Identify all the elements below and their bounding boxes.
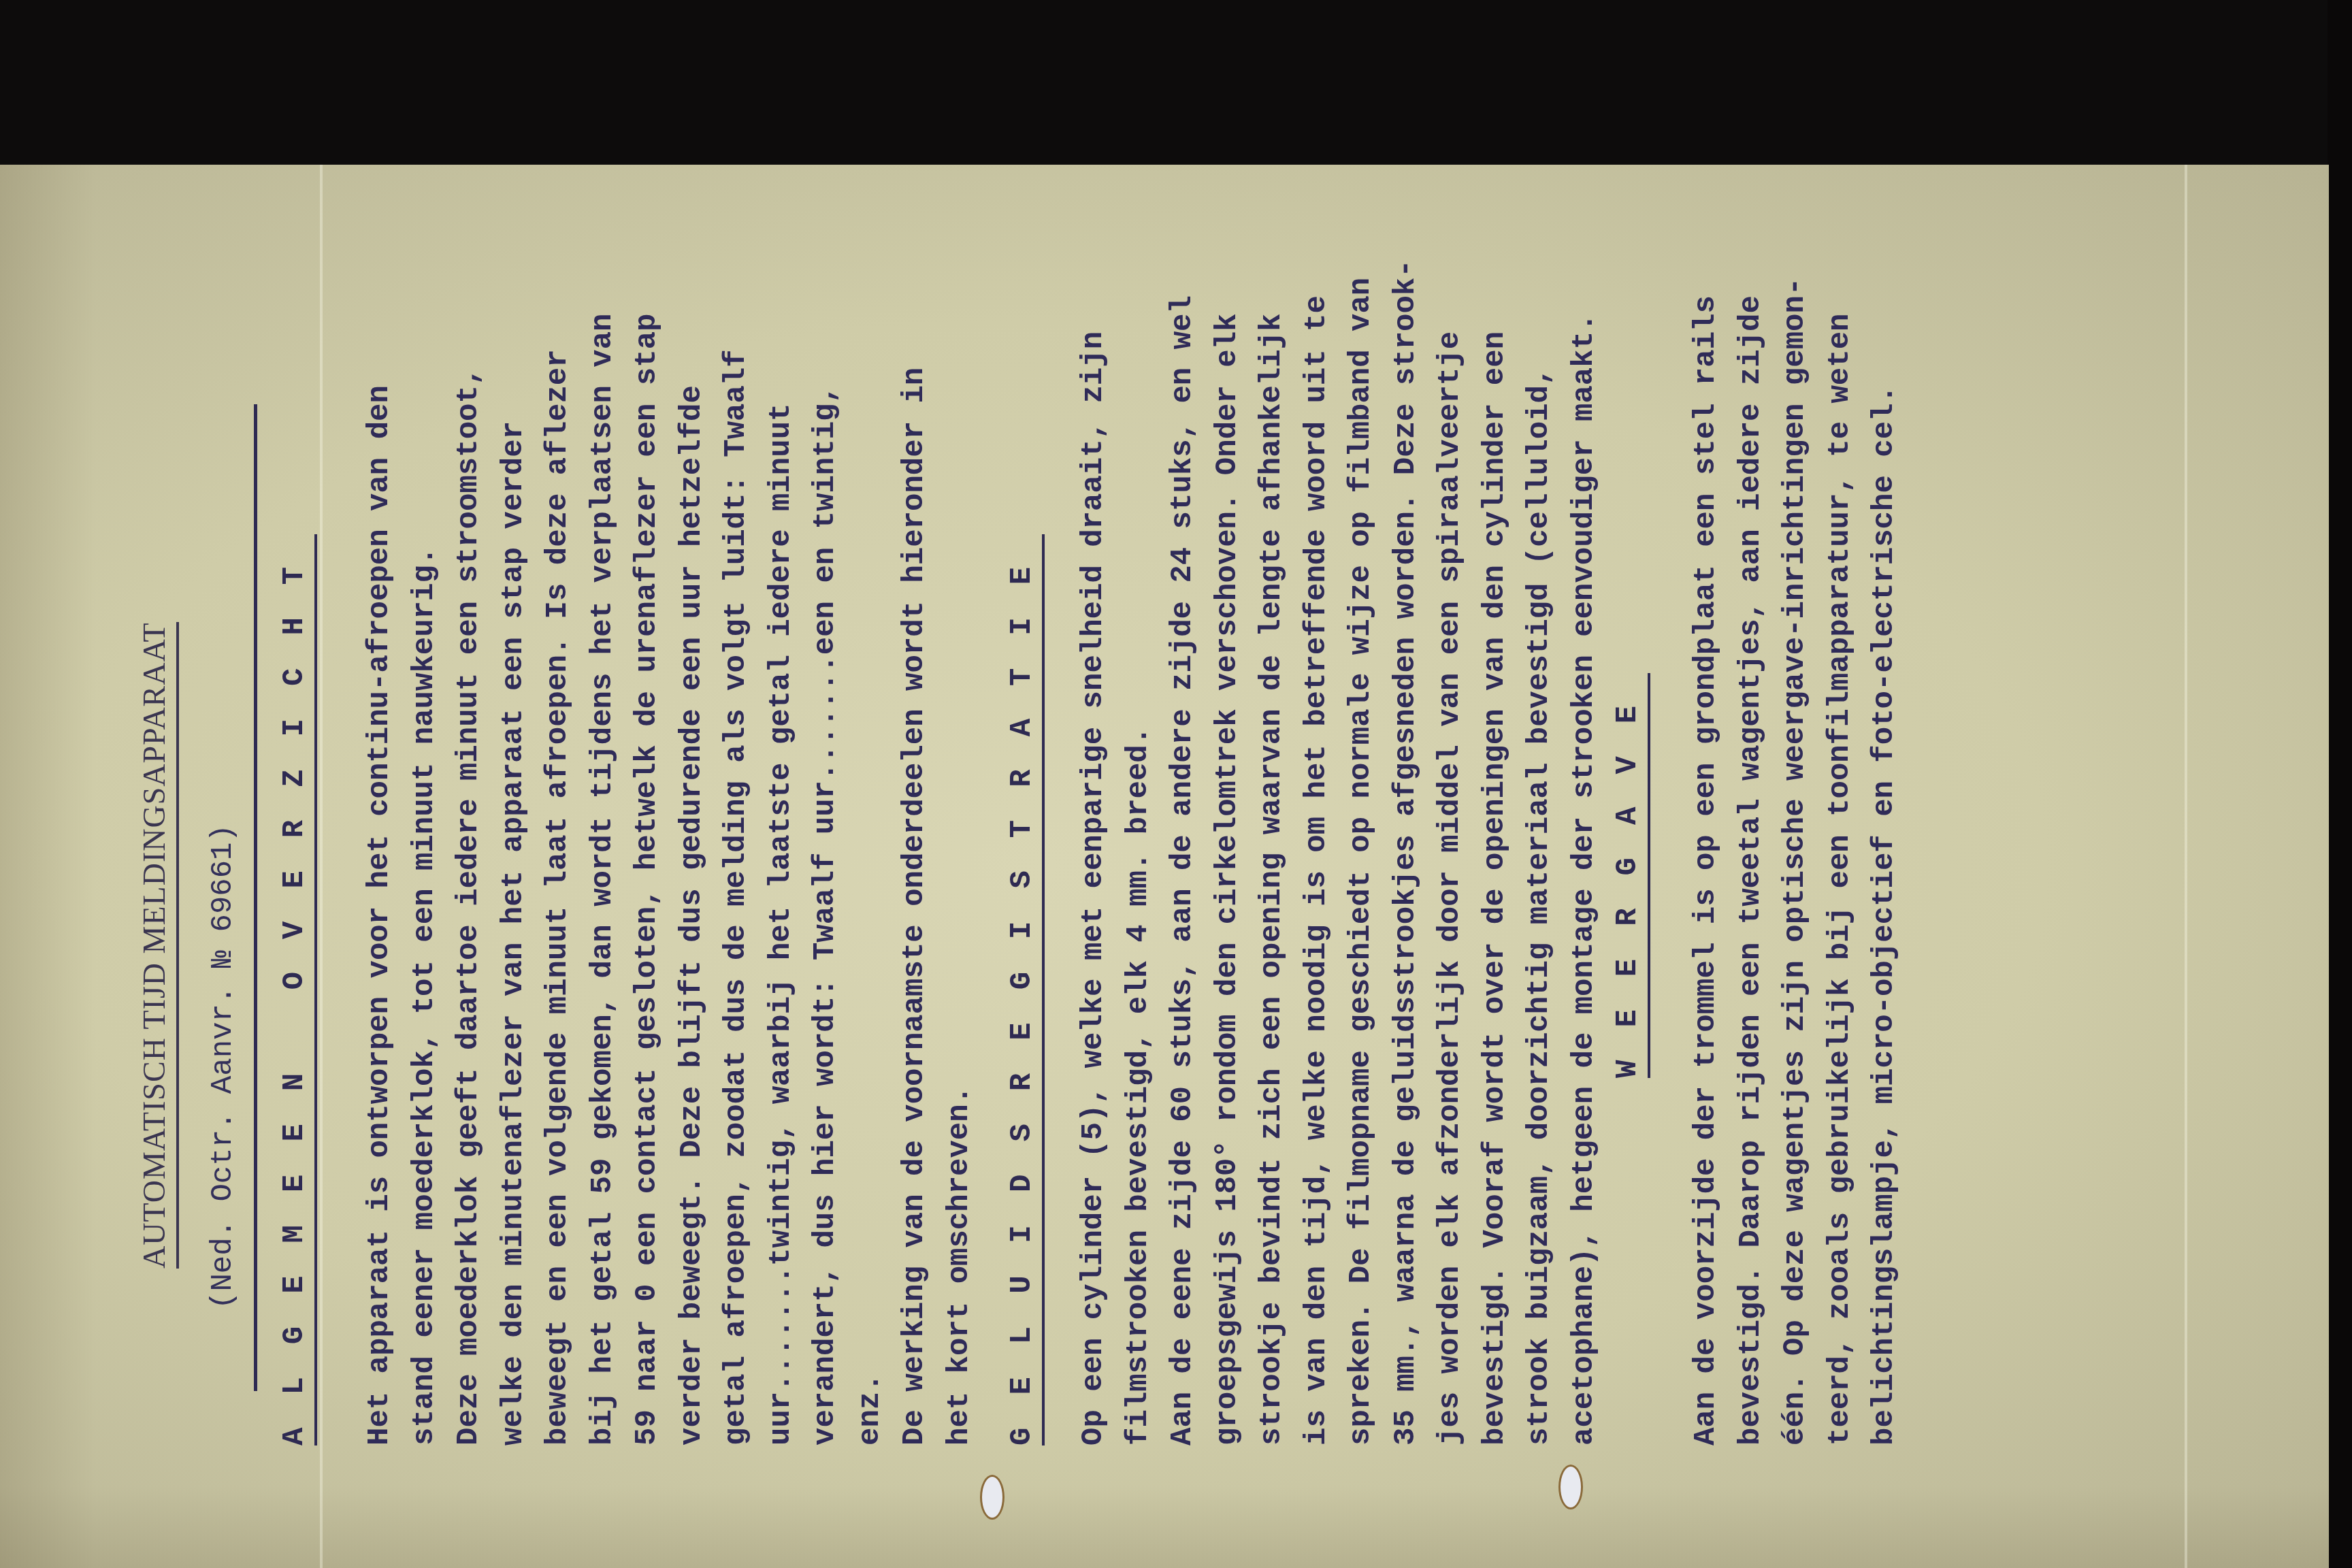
text-line: bevestigd. Daarop rijden een tweetal wag… (1729, 289, 1774, 1445)
text-line: Aan de eene zijde 60 stuks, aan de ander… (1161, 289, 1206, 1445)
text-line: Deze moederklok geeft daartoe iedere min… (447, 289, 492, 1445)
text-line: spreken. De filmopname geschiedt op norm… (1339, 289, 1384, 1445)
text-line: filmstrooken bevestigd, elk 4 mm. breed. (1117, 289, 1162, 1445)
text-line: Op een cylinder (5), welke met eenparige… (1072, 289, 1117, 1445)
title-rule (254, 404, 257, 1391)
section-body-weergave: Aan de voorzijde der trommel is op een g… (1684, 289, 1908, 1445)
text-line: strookje bevindt zich een opening waarva… (1250, 289, 1295, 1445)
section-heading-weergave: WEERGAVE (1611, 673, 1650, 1078)
document-title: AUTOMATISCH TIJD MELDINGSAPPARAAT (136, 622, 179, 1269)
text-line: 35 mm., waarna de geluidsstrookjes afges… (1384, 289, 1429, 1445)
text-line: beweegt en een volgende minuut laat afro… (536, 289, 581, 1445)
text-line: 59 naar 0 een contact gesloten, hetwelk … (625, 289, 670, 1445)
text-line: strook buigzaam, doorzichtig materiaal b… (1518, 289, 1563, 1445)
text-line: groepsgewijs 180° rondom den cirkelomtre… (1206, 289, 1251, 1445)
section-body-geluidsregistratie: Op een cylinder (5), welke met eenparige… (1072, 289, 1607, 1445)
dark-background (2327, 0, 2352, 1568)
text-line: teerd, zooals gebruikelijk bij een toonf… (1818, 289, 1863, 1445)
text-line: verder beweegt. Deze blijft dus gedurend… (670, 289, 715, 1445)
text-line: stand eener moederklok, tot een minuut n… (403, 289, 448, 1445)
text-line: Het apparaat is ontworpen voor het conti… (358, 289, 403, 1445)
text-line: welke den minutenaflezer van het apparaa… (492, 289, 537, 1445)
text-line: verandert, dus hier wordt: Twaalf uur...… (804, 289, 849, 1445)
text-line: belichtingslampje, micro-objectief en fo… (1863, 289, 1908, 1445)
text-line: getal afroepen, zoodat dus de melding al… (715, 289, 759, 1445)
text-line: één. Op deze wagentjes zijn optische wee… (1774, 289, 1818, 1445)
section-heading-geluidsregistratie: GELUIDSREGISTRATIE (1005, 534, 1045, 1445)
text-line: De werking van de voornaamste onderdeele… (893, 289, 938, 1445)
text-line: is van den tijd, welke noodig is om het … (1295, 289, 1340, 1445)
text-line: Aan de voorzijde der trommel is op een g… (1684, 289, 1729, 1445)
rotated-document: AUTOMATISCH TIJD MELDINGSAPPARAAT (Ned. … (0, 165, 2327, 1568)
section-heading-algemeen-overzicht: ALGEMEEN OVERZICHT (278, 534, 317, 1445)
section-body-algemeen-overzicht: Het apparaat is ontworpen voor het conti… (358, 289, 982, 1445)
text-line: enz. (849, 289, 894, 1445)
text-line: acetophane), hetgeen de montage der stro… (1563, 289, 1607, 1445)
text-line: het kort omschreven. (938, 289, 983, 1445)
text-line: jes worden elk afzonderlijk door middel … (1428, 289, 1473, 1445)
paper-sheet: AUTOMATISCH TIJD MELDINGSAPPARAAT (Ned. … (0, 165, 2329, 1568)
text-line: uur.......twintig, waarbij het laatste g… (759, 289, 804, 1445)
text-line: bij het getal 59 gekomen, dan wordt tijd… (581, 289, 626, 1445)
text-line: bevestigd. Vooraf wordt over de openinge… (1473, 289, 1518, 1445)
document-subtitle: (Ned. Octr. Aanvr. № 69661) (206, 824, 240, 1309)
